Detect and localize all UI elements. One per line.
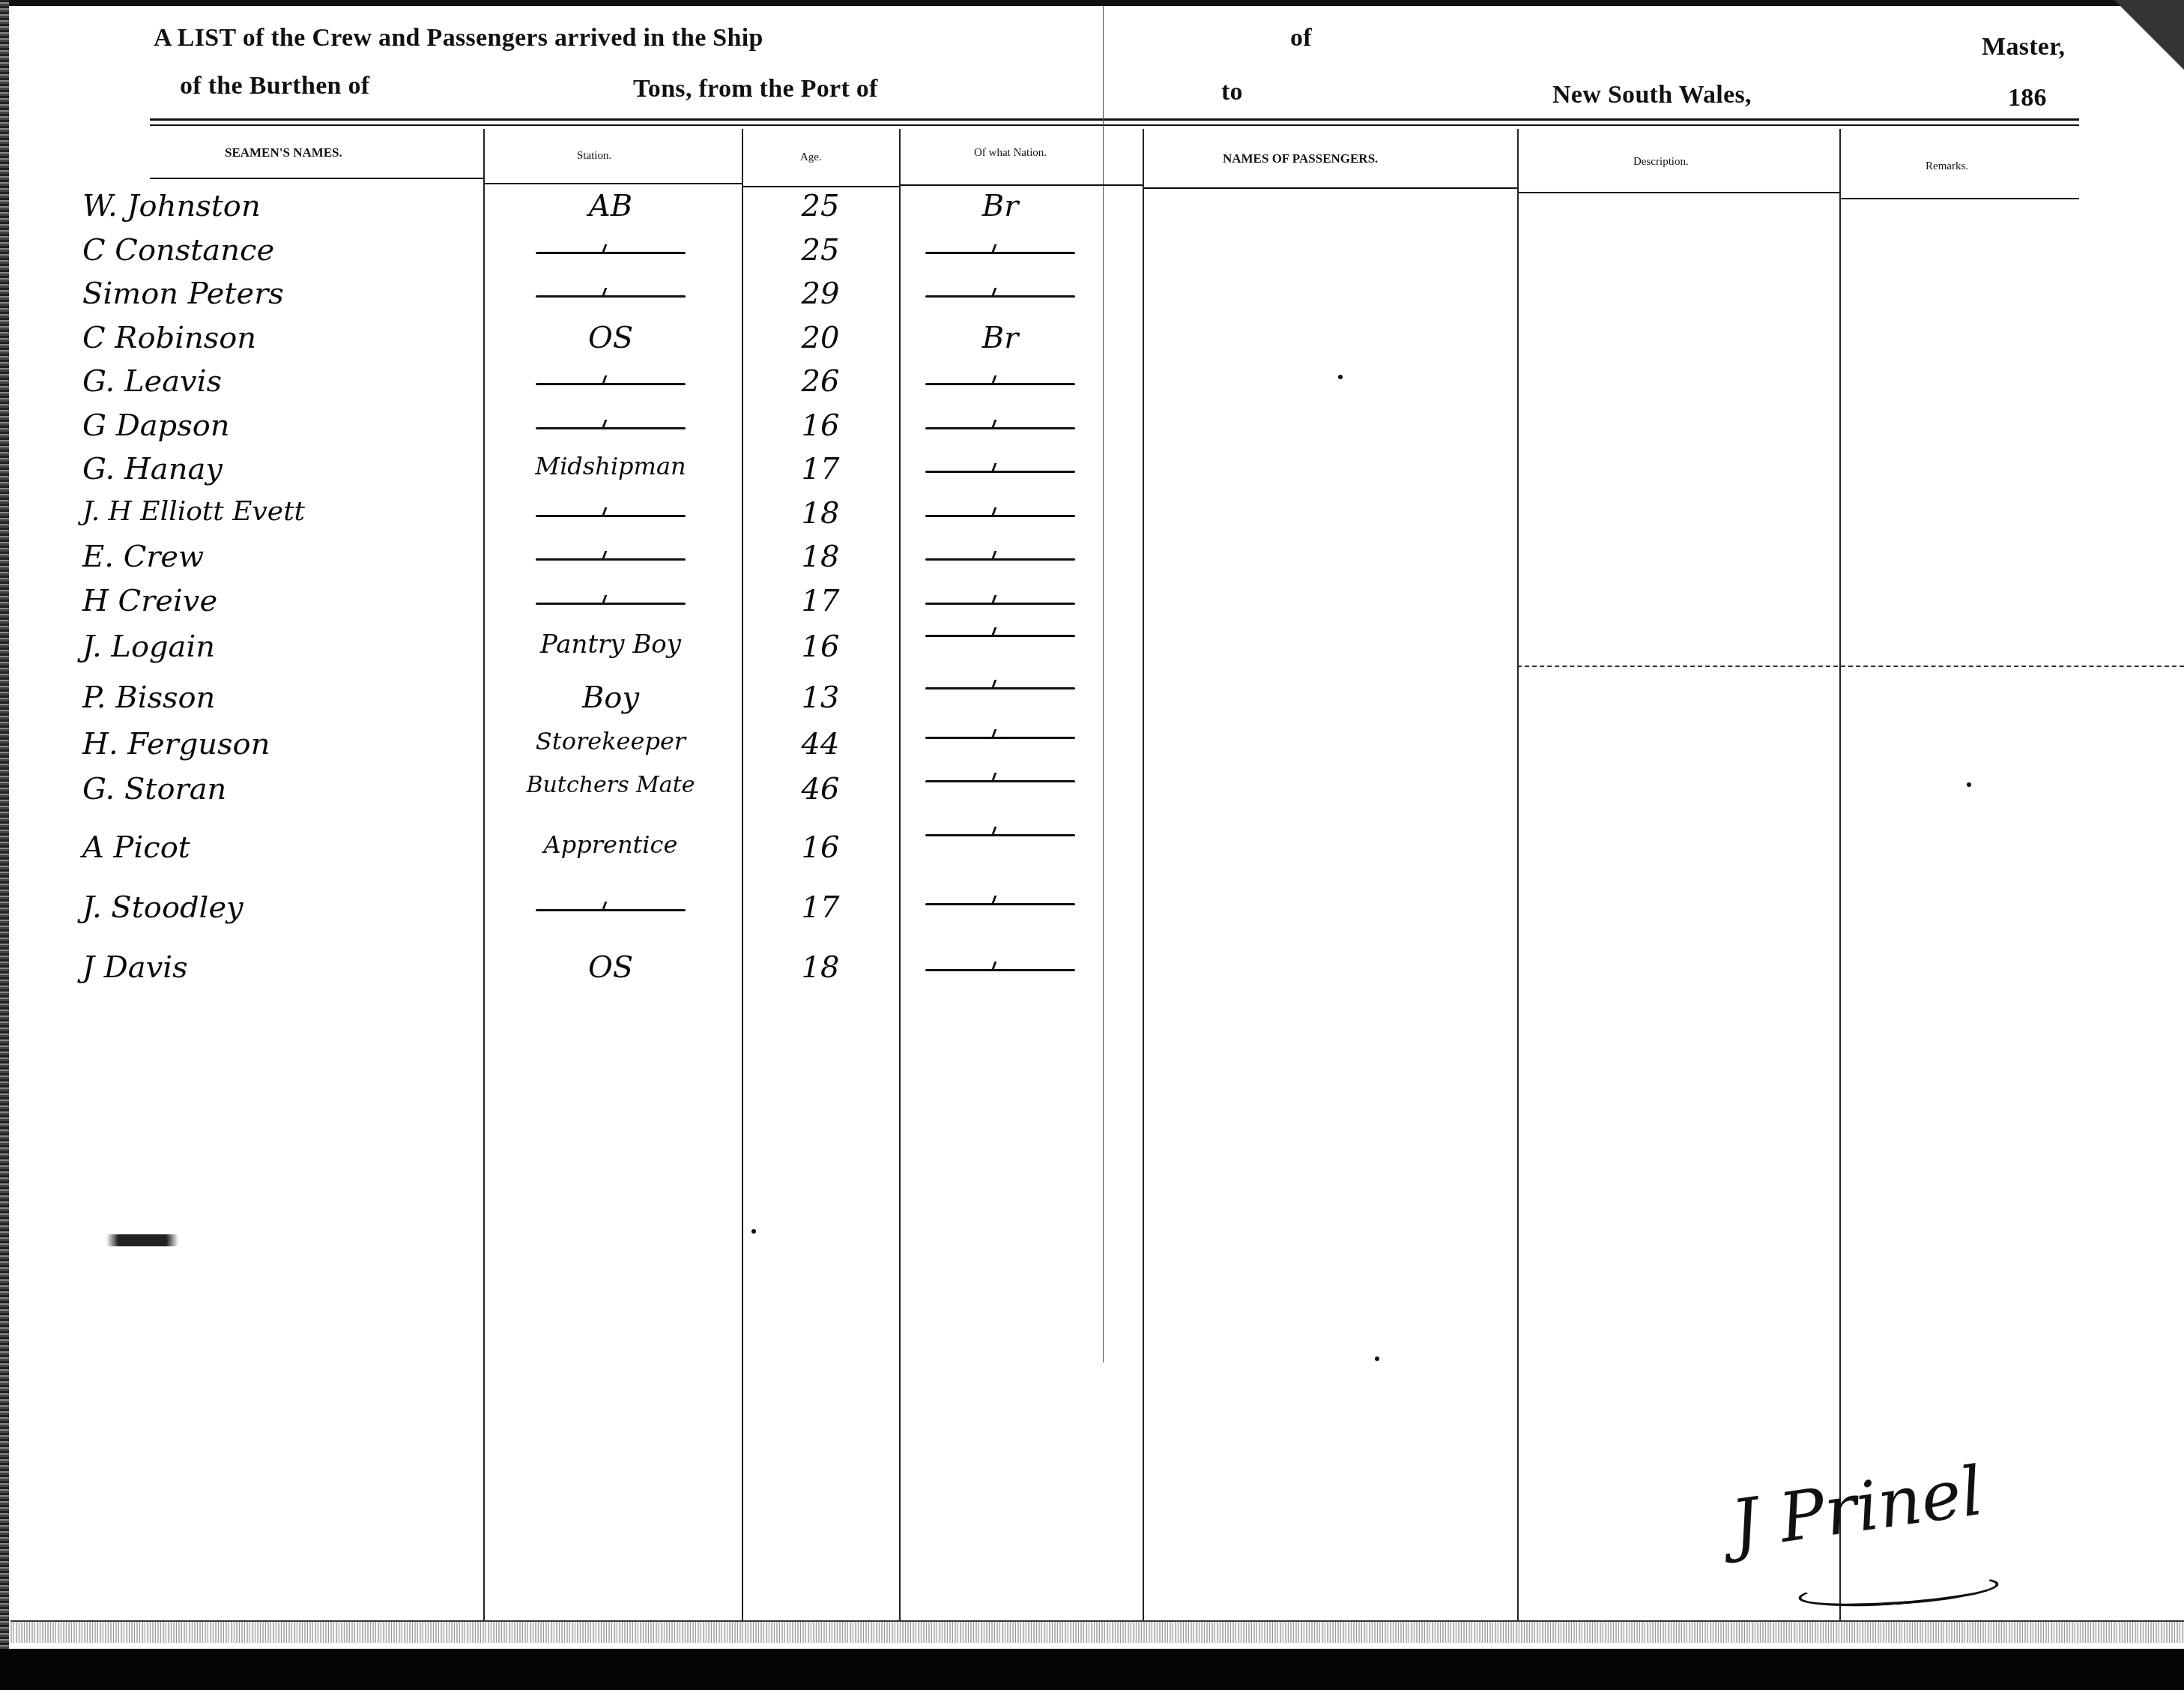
seaman-age: 26 bbox=[742, 364, 899, 399]
title-destination: New South Wales, bbox=[1552, 81, 1752, 109]
seaman-age: 17 bbox=[742, 890, 899, 925]
seaman-station-ditto bbox=[483, 584, 738, 618]
title-of-label: of bbox=[1290, 24, 1312, 52]
seaman-nation-ditto bbox=[899, 233, 1101, 268]
seaman-name: G Dapson bbox=[82, 408, 230, 443]
ditto-mark-icon bbox=[925, 969, 1075, 971]
seaman-age: 17 bbox=[742, 452, 899, 486]
column-divider-passengers bbox=[1143, 129, 1144, 1620]
seaman-age: 18 bbox=[742, 496, 899, 531]
ditto-mark-icon bbox=[536, 909, 686, 911]
seaman-station-ditto bbox=[483, 890, 738, 925]
ditto-mark-icon bbox=[925, 252, 1075, 254]
seaman-nation-ditto bbox=[899, 950, 1101, 985]
ditto-mark-icon bbox=[536, 558, 686, 561]
seaman-station-ditto bbox=[483, 408, 738, 443]
seaman-age: 29 bbox=[742, 277, 899, 311]
torn-corner bbox=[2094, 0, 2184, 82]
seaman-age: 25 bbox=[742, 233, 899, 268]
ditto-mark-icon bbox=[536, 383, 686, 385]
ditto-mark-icon bbox=[925, 603, 1075, 605]
seaman-nation-ditto bbox=[899, 761, 1101, 796]
column-header-description: Description. bbox=[1633, 156, 1689, 169]
seaman-station: Storekeeper bbox=[483, 727, 738, 755]
ink-smudge bbox=[82, 1234, 202, 1246]
ditto-mark-icon bbox=[925, 737, 1075, 739]
seaman-name: H Creive bbox=[82, 584, 217, 618]
seaman-station: Midshipman bbox=[483, 452, 738, 480]
seaman-age: 18 bbox=[742, 540, 899, 574]
ink-speck bbox=[751, 1229, 756, 1234]
ditto-mark-icon bbox=[925, 383, 1075, 385]
seaman-name: G. Storan bbox=[82, 772, 226, 806]
seaman-age: 18 bbox=[742, 950, 899, 985]
seaman-age: 13 bbox=[742, 680, 899, 715]
ditto-mark-icon bbox=[536, 603, 686, 605]
seaman-name: J Davis bbox=[82, 950, 188, 985]
ditto-mark-icon bbox=[536, 252, 686, 254]
scan-bottom-edge bbox=[0, 1649, 2184, 1690]
seaman-name: P. Bisson bbox=[82, 680, 215, 715]
seaman-nation-ditto bbox=[899, 884, 1101, 919]
ditto-mark-icon bbox=[536, 427, 686, 429]
scan-bottom-band bbox=[10, 1620, 2184, 1643]
scan-top-edge bbox=[0, 0, 2184, 6]
ditto-mark-icon bbox=[925, 834, 1075, 836]
seaman-name: C Robinson bbox=[82, 321, 256, 355]
column-header-station: Station. bbox=[577, 150, 611, 163]
ditto-mark-icon bbox=[925, 558, 1075, 561]
seaman-station: Boy bbox=[483, 680, 738, 715]
seaman-name: W. Johnston bbox=[82, 189, 261, 223]
seaman-age: 46 bbox=[742, 772, 899, 806]
page-fold-line bbox=[1103, 6, 1104, 1362]
ditto-mark-icon bbox=[925, 635, 1075, 637]
seaman-nation-ditto bbox=[899, 584, 1101, 618]
seaman-nation-ditto bbox=[899, 364, 1101, 399]
seaman-station: OS bbox=[483, 950, 738, 985]
seaman-station-ditto bbox=[483, 233, 738, 268]
master-signature: J Prinel bbox=[1726, 1452, 1987, 1565]
column-divider-description bbox=[1517, 129, 1519, 1620]
scan-left-edge bbox=[0, 0, 9, 1690]
seaman-name: G. Hanay bbox=[82, 452, 223, 486]
column-header-age: Age. bbox=[800, 151, 822, 164]
seaman-nation: Br bbox=[899, 189, 1101, 223]
seaman-nation-ditto bbox=[899, 540, 1101, 574]
seaman-age: 16 bbox=[742, 630, 899, 664]
seaman-station: OS bbox=[483, 321, 738, 355]
title-list-heading: A LIST of the Crew and Passengers arrive… bbox=[154, 24, 763, 52]
ditto-mark-icon bbox=[925, 903, 1075, 905]
seaman-age: 17 bbox=[742, 584, 899, 618]
seaman-name: J. H Elliott Evett bbox=[82, 496, 305, 527]
seaman-station: Apprentice bbox=[483, 830, 738, 859]
column-header-nation: Of what Nation. bbox=[974, 147, 1047, 160]
ink-speck bbox=[1967, 782, 1971, 787]
seaman-name: Simon Peters bbox=[82, 277, 284, 311]
ditto-mark-icon bbox=[925, 471, 1075, 473]
seaman-age: 16 bbox=[742, 408, 899, 443]
seaman-name: J. Logain bbox=[82, 630, 215, 664]
seaman-station-ditto bbox=[483, 540, 738, 574]
title-tons-label: Tons, from the Port of bbox=[633, 75, 878, 103]
seaman-name: E. Crew bbox=[82, 540, 204, 574]
seaman-nation-ditto bbox=[899, 718, 1101, 752]
seaman-name: G. Leavis bbox=[82, 364, 222, 399]
seaman-name: C Constance bbox=[82, 233, 274, 268]
seaman-nation-ditto bbox=[899, 815, 1101, 850]
seaman-name: A Picot bbox=[82, 830, 190, 865]
ink-speck bbox=[1338, 375, 1343, 379]
ditto-mark-icon bbox=[925, 687, 1075, 689]
seaman-nation: Br bbox=[899, 321, 1101, 355]
column-header-remarks: Remarks. bbox=[1926, 160, 1968, 173]
seaman-nation-ditto bbox=[899, 408, 1101, 443]
seaman-age: 16 bbox=[742, 830, 899, 865]
header-underline-seamen bbox=[150, 178, 483, 179]
title-to-label: to bbox=[1221, 78, 1243, 106]
seaman-age: 20 bbox=[742, 321, 899, 355]
seaman-station-ditto bbox=[483, 277, 738, 311]
header-underline-nation bbox=[901, 184, 1143, 186]
title-year: 186 bbox=[2008, 84, 2047, 112]
header-rule-top bbox=[150, 118, 2079, 121]
signature-flourish bbox=[1797, 1571, 2000, 1612]
header-underline-age bbox=[743, 186, 899, 187]
seaman-nation-ditto bbox=[899, 496, 1101, 531]
ditto-mark-icon bbox=[536, 295, 686, 298]
seaman-nation-ditto bbox=[899, 669, 1101, 703]
header-underline-station bbox=[485, 183, 742, 184]
column-header-seamen-names: SEAMEN'S NAMES. bbox=[225, 145, 342, 160]
ink-speck bbox=[1375, 1356, 1379, 1361]
seaman-station: Pantry Boy bbox=[483, 630, 738, 660]
header-rule-bottom bbox=[150, 124, 2079, 126]
ship-manifest-page: A LIST of the Crew and Passengers arrive… bbox=[0, 0, 2184, 1690]
title-burthen-label: of the Burthen of bbox=[180, 72, 369, 100]
ditto-mark-icon bbox=[925, 515, 1075, 517]
seaman-station-ditto bbox=[483, 364, 738, 399]
ditto-mark-icon bbox=[925, 780, 1075, 782]
header-underline-description bbox=[1519, 192, 1839, 193]
ditto-mark-icon bbox=[925, 295, 1075, 298]
seaman-station: Butchers Mate bbox=[483, 772, 738, 798]
header-underline-remarks bbox=[1841, 198, 2079, 199]
seaman-nation-ditto bbox=[899, 452, 1101, 486]
column-header-passenger-names: NAMES OF PASSENGERS. bbox=[1223, 151, 1378, 166]
ditto-mark-icon bbox=[536, 515, 686, 517]
column-divider-remarks bbox=[1839, 129, 1841, 1620]
ditto-mark-icon bbox=[925, 427, 1075, 429]
seaman-nation-ditto bbox=[899, 616, 1101, 651]
seaman-age: 25 bbox=[742, 189, 899, 223]
seaman-age: 44 bbox=[742, 727, 899, 761]
faint-dashed-line bbox=[1517, 666, 2184, 667]
seaman-station-ditto bbox=[483, 496, 738, 531]
seaman-name: J. Stoodley bbox=[82, 890, 243, 925]
seaman-station: AB bbox=[483, 189, 738, 223]
seaman-nation-ditto bbox=[899, 277, 1101, 311]
seaman-name: H. Ferguson bbox=[82, 727, 270, 761]
header-underline-passengers bbox=[1144, 187, 1517, 189]
title-master-label: Master, bbox=[1982, 33, 2065, 61]
